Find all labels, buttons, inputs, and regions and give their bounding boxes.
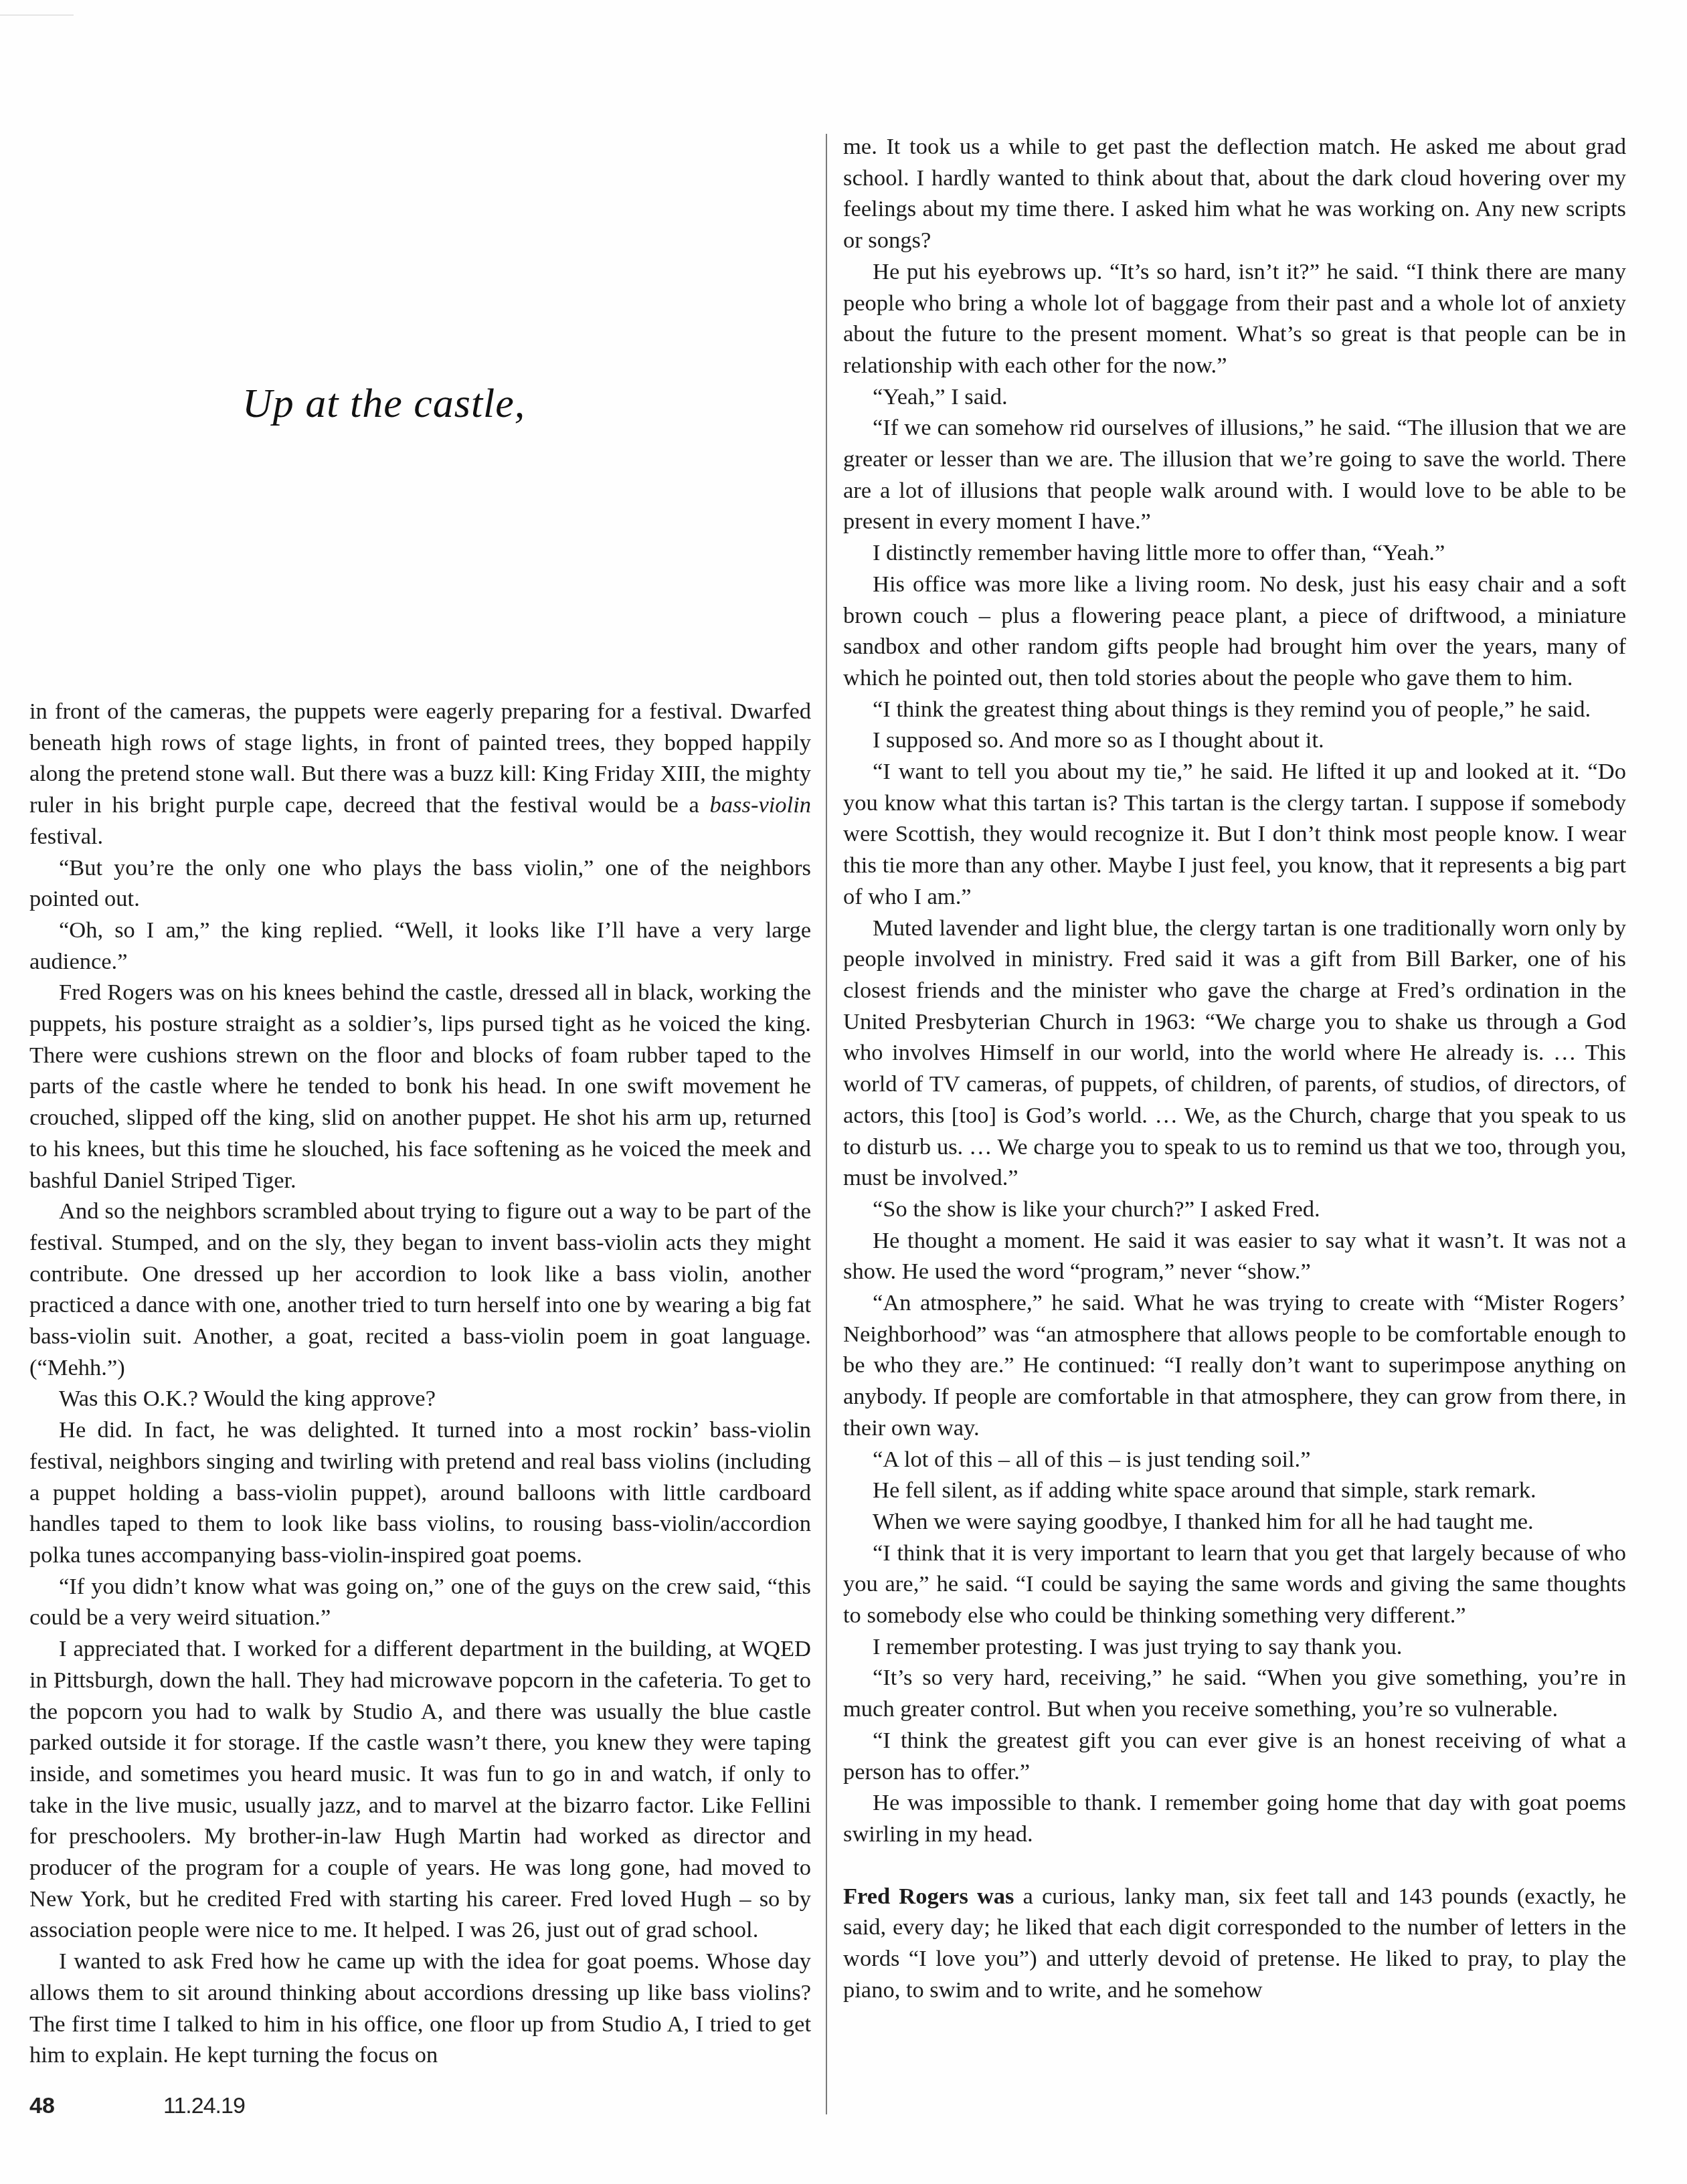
paragraph: “I think the greatest thing about things… [843,694,1626,725]
paragraph: And so the neighbors scrambled about try… [29,1196,811,1383]
section-lead-in: Fred Rogers was [843,1884,1014,1909]
paragraph: “A lot of this – all of this – is just t… [843,1444,1626,1475]
magazine-page: Up at the castle, in front of the camera… [0,0,1687,2184]
paragraph: His office was more like a living room. … [843,569,1626,694]
pull-heading: Up at the castle, [242,380,525,428]
paragraph: “If you didn’t know what was going on,” … [29,1571,811,1633]
paragraph: I remember protesting. I was just trying… [843,1631,1626,1663]
paragraph: When we were saying goodbye, I thanked h… [843,1506,1626,1538]
page-number: 48 [29,2093,55,2119]
paragraph: He put his eyebrows up. “It’s so hard, i… [843,256,1626,381]
top-edge-rule [0,15,74,15]
paragraph: He thought a moment. He said it was easi… [843,1225,1626,1287]
italic-emphasis: bass-violin [710,792,811,818]
paragraph: Muted lavender and light blue, the clerg… [843,913,1626,1194]
paragraph: “I want to tell you about my tie,” he sa… [843,756,1626,913]
paragraph: “An atmosphere,” he said. What he was tr… [843,1287,1626,1444]
issue-date: 11.24.19 [163,2093,245,2119]
paragraph: He fell silent, as if adding white space… [843,1475,1626,1506]
paragraph: I appreciated that. I worked for a diffe… [29,1633,811,1946]
paragraph: “Yeah,” I said. [843,381,1626,413]
section-paragraph: Fred Rogers was a curious, lanky man, si… [843,1881,1626,2006]
paragraph: “Oh, so I am,” the king replied. “Well, … [29,915,811,977]
left-column: in front of the cameras, the puppets wer… [29,696,811,2071]
paragraph: “It’s so very hard, receiving,” he said.… [843,1662,1626,1724]
right-column: me. It took us a while to get past the d… [843,131,1626,2005]
paragraph: He was impossible to thank. I remember g… [843,1787,1626,1849]
paragraph: “I think that it is very important to le… [843,1538,1626,1631]
paragraph: “If we can somehow rid ourselves of illu… [843,412,1626,537]
paragraph: in front of the cameras, the puppets wer… [29,696,811,852]
paragraph: I supposed so. And more so as I thought … [843,725,1626,756]
paragraph: Fred Rogers was on his knees behind the … [29,977,811,1196]
paragraph: He did. In fact, he was delighted. It tu… [29,1415,811,1571]
paragraph: “So the show is like your church?” I ask… [843,1194,1626,1225]
paragraph: “But you’re the only one who plays the b… [29,852,811,915]
paragraph: me. It took us a while to get past the d… [843,131,1626,256]
paragraph: Was this O.K.? Would the king approve? [29,1383,811,1415]
paragraph: “I think the greatest gift you can ever … [843,1725,1626,1787]
column-divider [826,134,827,2114]
paragraph: I wanted to ask Fred how he came up with… [29,1946,811,2071]
paragraph: I distinctly remember having little more… [843,537,1626,569]
